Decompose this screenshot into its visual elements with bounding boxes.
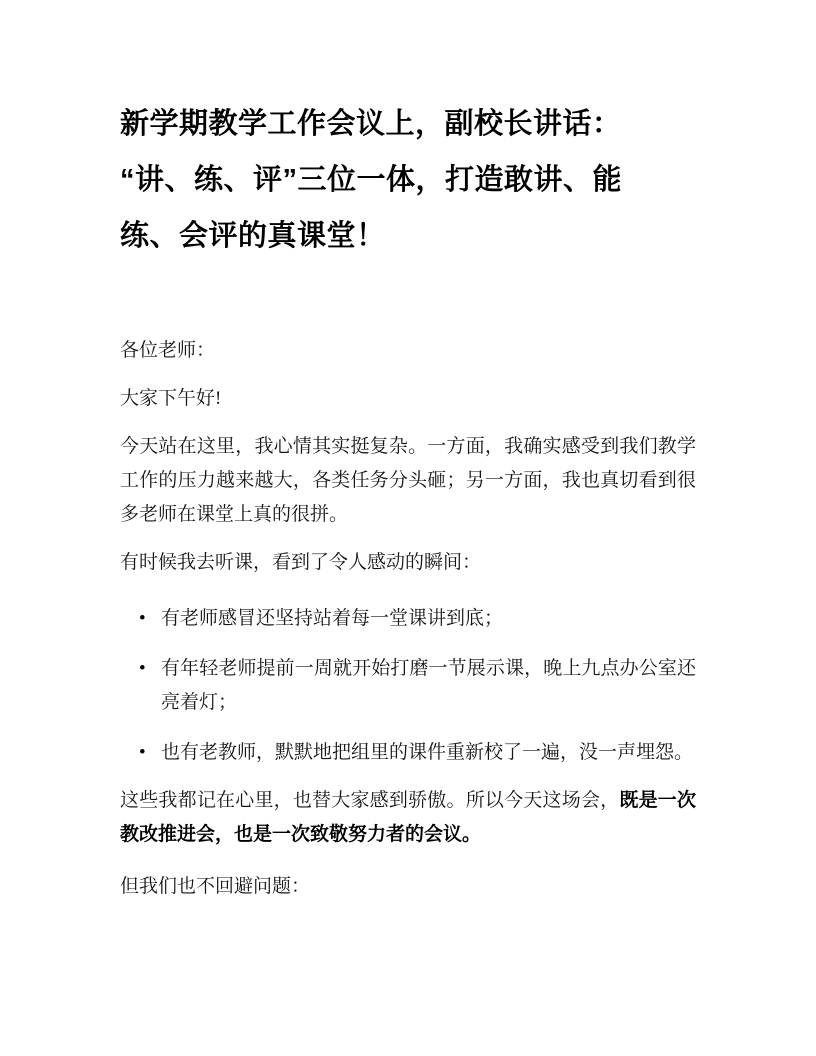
list-item-2: • 有年轻老师提前一周就开始打磨一节展示课，晚上九点办公室还亮着灯； — [120, 652, 696, 720]
title-line-1: 新学期教学工作会议上，副校长讲话： — [120, 96, 696, 152]
list-item-1: • 有老师感冒还坚持站着每一堂课讲到底； — [120, 602, 696, 636]
opening-paragraph: 今天站在这里，我心情其实挺复杂。一方面，我确实感受到我们教学工作的压力越来越大，… — [120, 430, 696, 532]
lead-in-paragraph: 有时候我去听课，看到了令人感动的瞬间： — [120, 546, 696, 580]
title-line-3: 练、会评的真课堂！ — [120, 208, 696, 264]
final-paragraph: 但我们也不回避问题： — [120, 870, 696, 904]
bullet-icon: • — [139, 602, 146, 636]
title-line-2: “讲、练、评”三位一体，打造敢讲、能 — [120, 152, 696, 208]
list-item-3-text: 也有老教师，默默地把组里的课件重新校了一遍，没一声埋怨。 — [161, 742, 693, 763]
list-item-2-text: 有年轻老师提前一周就开始打磨一节展示课，晚上九点办公室还亮着灯； — [161, 658, 696, 713]
list-item-1-text: 有老师感冒还坚持站着每一堂课讲到底； — [161, 608, 503, 629]
salutation-line: 大家下午好! — [120, 382, 696, 416]
document-title: 新学期教学工作会议上，副校长讲话： “讲、练、评”三位一体，打造敢讲、能 练、会… — [120, 96, 696, 264]
bullet-icon: • — [139, 652, 146, 686]
document-page: 新学期教学工作会议上，副校长讲话： “讲、练、评”三位一体，打造敢讲、能 练、会… — [0, 0, 816, 1056]
moments-list: • 有老师感冒还坚持站着每一堂课讲到底； • 有年轻老师提前一周就开始打磨一节展… — [120, 602, 696, 770]
closing-text-normal: 这些我都记在心里，也替大家感到骄傲。所以今天这场会， — [120, 790, 619, 811]
list-item-3: • 也有老教师，默默地把组里的课件重新校了一遍，没一声埋怨。 — [120, 736, 696, 770]
greeting-line: 各位老师： — [120, 334, 696, 368]
bullet-icon: • — [139, 736, 146, 770]
closing-paragraph: 这些我都记在心里，也替大家感到骄傲。所以今天这场会，既是一次教改推进会，也是一次… — [120, 784, 696, 852]
